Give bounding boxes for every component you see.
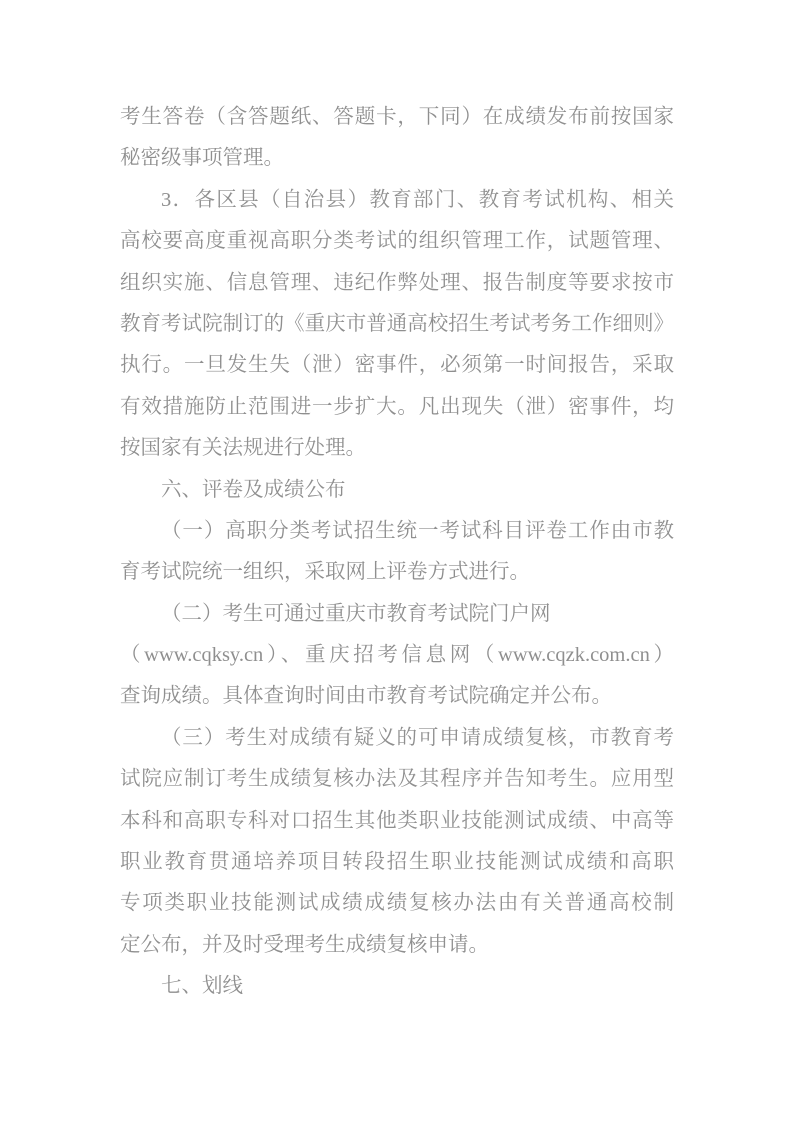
document-body-text: 考生答卷（含答题纸、答题卡，下同）在成绩发布前按国家秘密级事项管理。3．各区县（… <box>120 97 674 1008</box>
paragraph-item-3: 3．各区县（自治县）教育部门、教育考试机构、相关高校要高度重视高职分类考试的组织… <box>120 180 674 470</box>
text-line: 定公布，并及时受理考生成绩复核申请。 <box>120 925 674 966</box>
text-line: 秘密级事项管理。 <box>120 138 674 179</box>
text-line: 执行。一旦发生失（泄）密事件，必须第一时间报告，采取 <box>120 345 674 386</box>
text-line: 考生答卷（含答题纸、答题卡，下同）在成绩发布前按国家 <box>120 97 674 138</box>
heading-section-6: 六、评卷及成绩公布 <box>120 470 674 511</box>
text-line: 组织实施、信息管理、违纪作弊处理、报告制度等要求按市 <box>120 263 674 304</box>
text-line: 教育考试院制订的《重庆市普通高校招生考试考务工作细则》 <box>120 304 674 345</box>
text-line: 有效措施防止范围进一步扩大。凡出现失（泄）密事件，均 <box>120 387 674 428</box>
text-line: 专项类职业技能测试成绩成绩复核办法由有关普通高校制 <box>120 883 674 924</box>
text-line: 职业教育贯通培养项目转段招生职业技能测试成绩和高职 <box>120 842 674 883</box>
paragraph-secrecy-continuation: 考生答卷（含答题纸、答题卡，下同）在成绩发布前按国家秘密级事项管理。 <box>120 97 674 180</box>
text-line: 本科和高职专科对口招生其他类职业技能测试成绩、中高等 <box>120 801 674 842</box>
text-line: （二）考生可通过重庆市教育考试院门户网 <box>120 594 674 635</box>
text-line: 试院应制订考生成绩复核办法及其程序并告知考生。应用型 <box>120 759 674 800</box>
text-line: 育考试院统一组织，采取网上评卷方式进行。 <box>120 552 674 593</box>
text-line: 3．各区县（自治县）教育部门、教育考试机构、相关 <box>120 180 674 221</box>
paragraph-6-3: （三）考生对成绩有疑义的可申请成绩复核，市教育考试院应制订考生成绩复核办法及其程… <box>120 718 674 966</box>
text-line: 高校要高度重视高职分类考试的组织管理工作，试题管理、 <box>120 221 674 262</box>
text-line: 六、评卷及成绩公布 <box>120 470 674 511</box>
text-line: 查询成绩。具体查询时间由市教育考试院确定并公布。 <box>120 676 674 717</box>
text-line: 按国家有关法规进行处理。 <box>120 428 674 469</box>
text-line: 七、划线 <box>120 966 674 1007</box>
heading-section-7: 七、划线 <box>120 966 674 1007</box>
document-page: 考生答卷（含答题纸、答题卡，下同）在成绩发布前按国家秘密级事项管理。3．各区县（… <box>0 0 794 1122</box>
paragraph-6-2: （二）考生可通过重庆市教育考试院门户网（www.cqksy.cn）、重庆招考信息… <box>120 594 674 718</box>
paragraph-6-1: （一）高职分类考试招生统一考试科目评卷工作由市教育考试院统一组织，采取网上评卷方… <box>120 511 674 594</box>
text-line: （www.cqksy.cn）、重庆招考信息网（www.cqzk.com.cn） <box>120 635 674 676</box>
text-line: （三）考生对成绩有疑义的可申请成绩复核，市教育考 <box>120 718 674 759</box>
text-line: （一）高职分类考试招生统一考试科目评卷工作由市教 <box>120 511 674 552</box>
